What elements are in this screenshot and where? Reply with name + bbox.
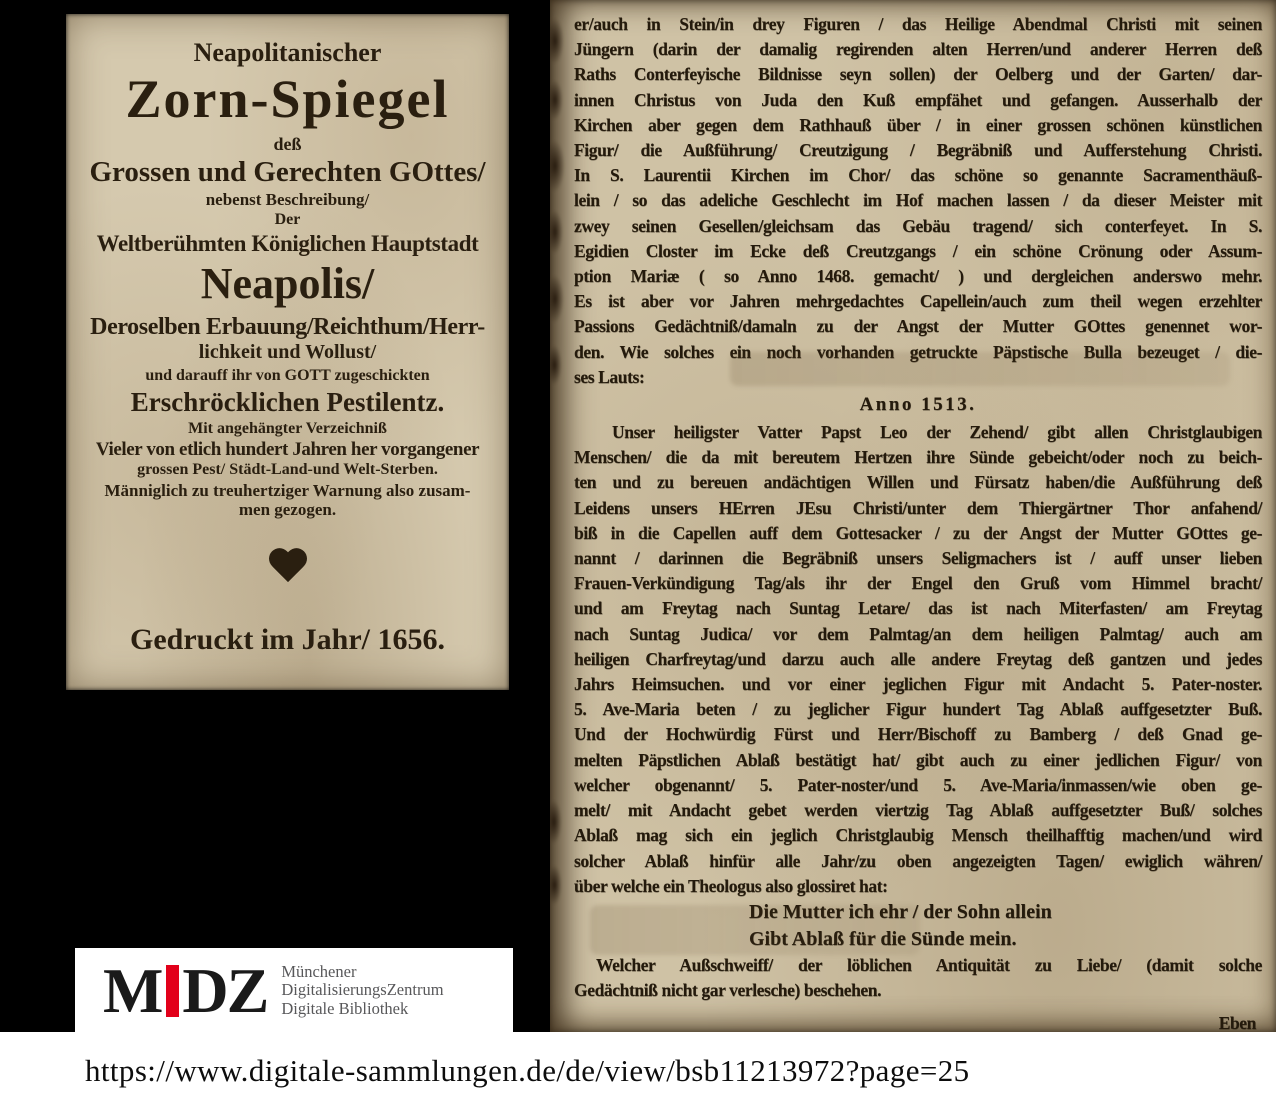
body-text-line: Welcher Außschweiff/ der löblichen Antiq… — [574, 953, 1262, 978]
title-page-text: Neapolitanischer Zorn-Spiegel deß Grosse… — [66, 38, 509, 519]
logo-subtitle: Münchener DigitalisierungsZentrum Digita… — [281, 963, 443, 1019]
gutter-smudge — [550, 275, 564, 323]
body-text-line: Es ist aber vor Jahren mehrgedachtes Cap… — [574, 289, 1262, 314]
body-text-line: ten und zu bereuen andächtigen Willen un… — [574, 470, 1262, 495]
body-text-line: und am Freytag nach Suntag Letare/ das i… — [574, 596, 1262, 621]
gutter-smudge — [550, 210, 563, 254]
body-text-line: 5. Ave-Maria beten / zu jeglicher Figur … — [574, 697, 1262, 722]
body-text-line: Leidens unsers HErren JEsu Christi/unter… — [574, 496, 1262, 521]
gutter-smudge — [550, 345, 562, 385]
gutter-smudge — [550, 800, 562, 844]
body-text-line: Passions Gedächtniß/damaln zu der Angst … — [574, 314, 1262, 339]
viewer-canvas: Neapolitanischer Zorn-Spiegel deß Grosse… — [0, 0, 1276, 1110]
gutter-smudge — [550, 140, 565, 192]
logo-subtitle-line: DigitalisierungsZentrum — [281, 981, 443, 1000]
logo-red-bar-icon — [166, 965, 179, 1017]
body-text-line: Jüngern (darin der damalig regirenden al… — [574, 37, 1262, 62]
title-page-line: Vieler von etlich hundert Jahren her vor… — [66, 439, 509, 460]
body-text-line: In S. Laurentii Kirchen im Chor/ das sch… — [574, 163, 1262, 188]
body-text-line: Ablaß mag sich ein jeglich Christglaubig… — [574, 823, 1262, 848]
body-text-line: nannt / darinnen die Begräbniß unsers Se… — [574, 546, 1262, 571]
title-page-line: Mit angehängter Verzeichniß — [66, 420, 509, 438]
body-text-line: Kirchen aber gegen dem Rathhauß über / i… — [574, 113, 1262, 138]
floral-heart-ornament-icon — [267, 549, 309, 589]
body-text-line: zwey seinen Gesellen/gleichsam das Gebäu… — [574, 214, 1262, 239]
title-page-line: Deroselben Erbauung/Reichthum/Herr- — [66, 314, 509, 341]
title-page-line: deß — [66, 134, 509, 154]
source-url: https://www.digitale-sammlungen.de/de/vi… — [85, 1053, 970, 1089]
body-text-line: melt/ mit Andacht gebet werden viertzig … — [574, 798, 1262, 823]
title-page-line: Männiglich zu treuhertziger Warnung also… — [66, 481, 509, 500]
body-text-line: Gedächtniß nicht gar verlesche) beschehe… — [574, 978, 1262, 1003]
body-text-line: Unser heiligster Vatter Papst Leo der Ze… — [574, 420, 1262, 445]
title-page-line: Erschröcklichen Pestilentz. — [66, 387, 509, 417]
body-text-line: nach Suntag Judica/ vor dem Palmtag/an d… — [574, 622, 1262, 647]
title-page-line: Neapolis/ — [66, 259, 509, 308]
title-page-line: Zorn-Spiegel — [66, 69, 509, 129]
title-page-line: grossen Pest/ Städt-Land-und Welt-Sterbe… — [66, 461, 509, 479]
body-text-line: ption Mariæ ( so Anno 1468. gemacht/ ) u… — [574, 264, 1262, 289]
body-text-line: Figur/ die Außführung/ Creutzigung / Beg… — [574, 138, 1262, 163]
body-text-line: Jahrs Heimsuchen. und vor einer jegliche… — [574, 672, 1262, 697]
footer-strip: https://www.digitale-sammlungen.de/de/vi… — [0, 1032, 1276, 1110]
mdz-wordmark: M DZ — [103, 959, 267, 1023]
body-text-line: Und der Hochwürdig Fürst und Herr/Bischo… — [574, 722, 1262, 747]
logo-subtitle-line: Digitale Bibliothek — [281, 1000, 443, 1019]
right-page-scan: er/auch in Stein/in drey Figuren / das H… — [550, 0, 1276, 1032]
gutter-smudge — [550, 18, 564, 64]
gutter-smudge — [550, 865, 562, 905]
ink-bleedthrough — [730, 352, 1230, 386]
title-page-line: men gezogen. — [66, 500, 509, 519]
body-text-line: Anno 1513. — [574, 390, 1262, 420]
body-text-line: solcher Ablaß hinfür alle Jahr/zu oben a… — [574, 849, 1262, 874]
body-text-line: Frauen-Verkündigung Tag/als ihr der Enge… — [574, 571, 1262, 596]
title-page-line: Grossen und Gerechten GOttes/ — [66, 156, 509, 188]
body-text-line: Eben — [574, 1011, 1262, 1032]
title-page-line: Neapolitanischer — [66, 38, 509, 67]
body-text-line: Egidien Closter im Ecke deß Creutzgangs … — [574, 239, 1262, 264]
ink-bleedthrough — [590, 905, 920, 955]
gutter-smudge — [550, 80, 563, 120]
body-text-line: lein / so das adeliche Geschlecht im Hof… — [574, 188, 1262, 213]
logo-letter-m: M — [103, 959, 161, 1023]
body-text-line: heiligen Charfreytag/und darzu auch alle… — [574, 647, 1262, 672]
left-page-scan: Neapolitanischer Zorn-Spiegel deß Grosse… — [66, 14, 509, 690]
mdz-logo-box: M DZ Münchener DigitalisierungsZentrum D… — [75, 948, 513, 1033]
logo-letters-dz: DZ — [182, 959, 267, 1023]
logo-subtitle-line: Münchener — [281, 963, 443, 982]
body-text-line: welcher obgenannt/ 5. Pater-noster/und 5… — [574, 773, 1262, 798]
body-text-line: innen Christus von Juda den Kuß empfähet… — [574, 88, 1262, 113]
title-page-line: und darauff ihr von GOTT zugeschickten — [66, 367, 509, 385]
title-page-line: Weltberühmten Königlichen Hauptstadt — [66, 231, 509, 257]
body-text-line: Raths Conterfeyische Bildnisse seyn soll… — [574, 62, 1262, 87]
body-text-line: melten Päpstlichen Ablaß bestätigt hat/ … — [574, 748, 1262, 773]
body-text: er/auch in Stein/in drey Figuren / das H… — [574, 12, 1262, 1032]
body-text-line: über welche ein Theologus also glossiret… — [574, 874, 1262, 899]
imprint-line: Gedruckt im Jahr/ 1656. — [66, 623, 509, 657]
body-text-line: biß in die Capellen auff dem Gottesacker… — [574, 521, 1262, 546]
title-page-line: lichkeit und Wollust/ — [66, 341, 509, 363]
body-text-line: Menschen/ die da mit bereutem Hertzen ih… — [574, 445, 1262, 470]
title-page-line: nebenst Beschreibung/ — [66, 190, 509, 209]
title-page-line: Der — [66, 211, 509, 229]
body-text-line: er/auch in Stein/in drey Figuren / das H… — [574, 12, 1262, 37]
